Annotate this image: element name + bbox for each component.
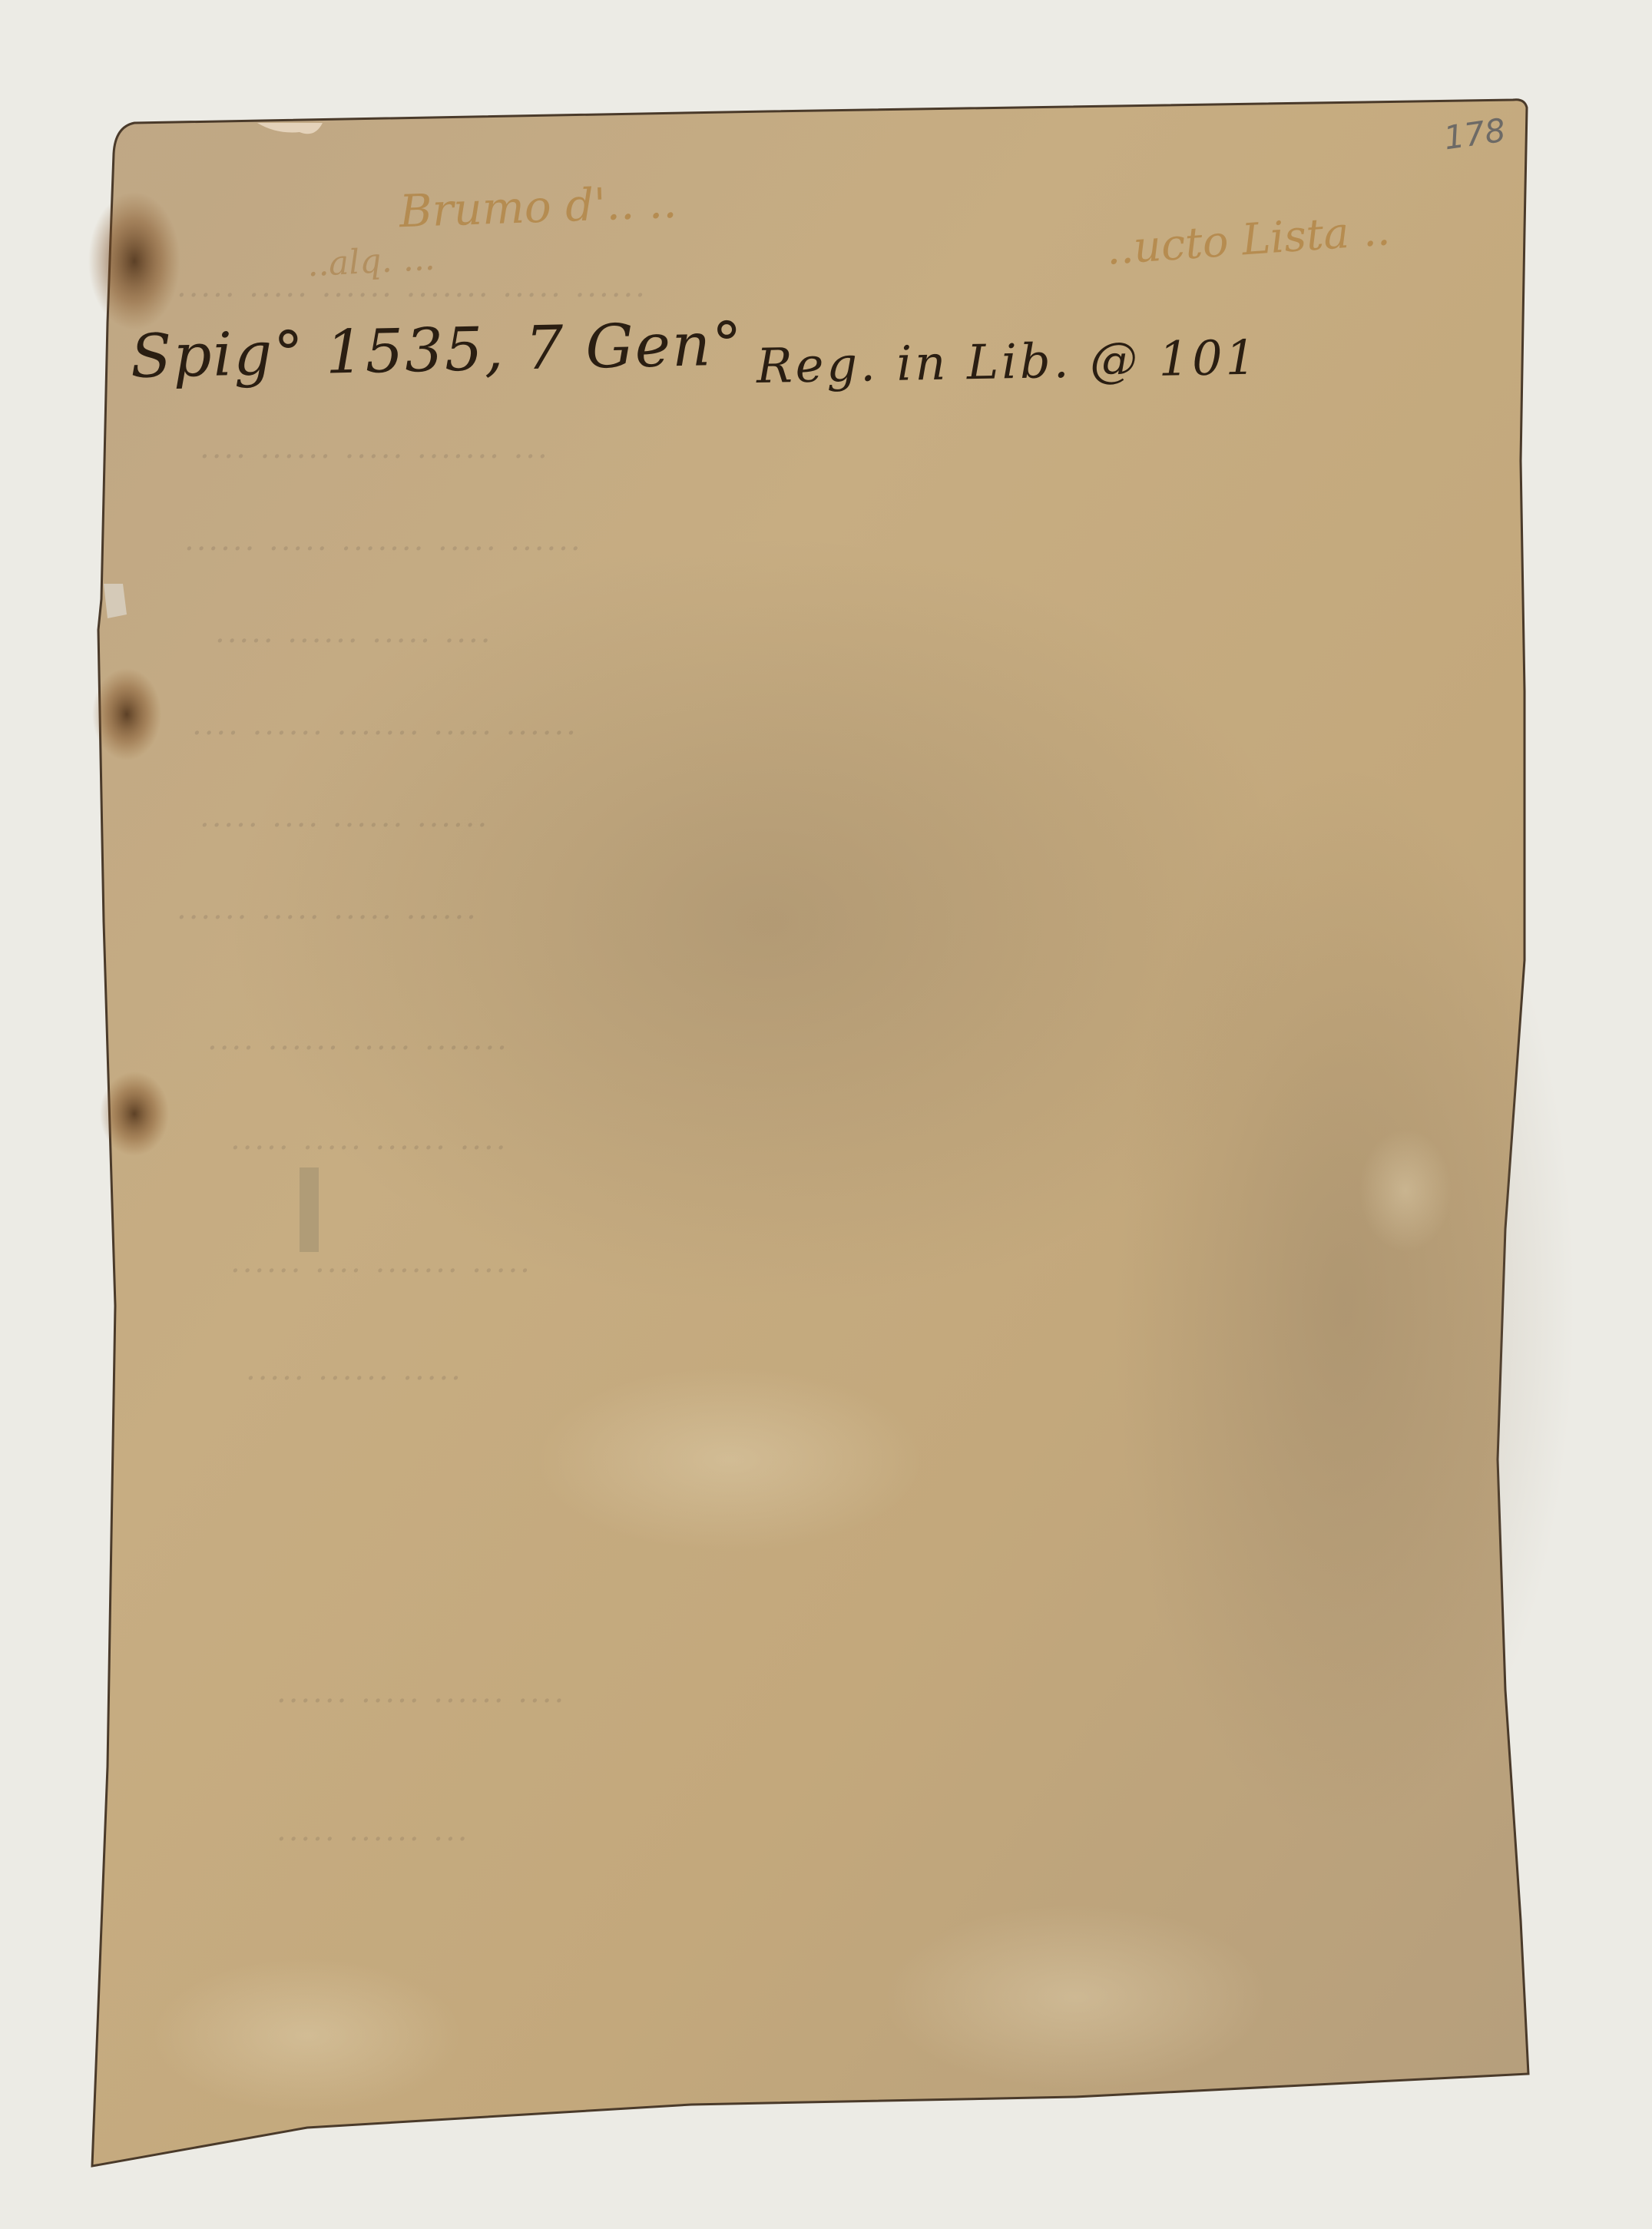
bleed-through-line: ...... ..... ...... .... — [276, 1674, 566, 1710]
faded-annotation: ..alq. ... — [306, 239, 436, 285]
bleed-through-line: ..... ...... ... — [276, 1813, 469, 1848]
bleed-through-line: ..... .... ...... ...... — [200, 799, 489, 834]
bleed-through-line: ...... ..... ....... ..... ...... — [184, 522, 583, 558]
registration-note: Reg. in Lib. @ 101 — [756, 330, 1259, 394]
bleed-through-line: .... ...... ..... ....... — [207, 1022, 509, 1057]
bleed-through-line: .... ...... ..... ....... ... — [200, 430, 550, 465]
faded-annotation: Brumo d'.. .. — [399, 176, 677, 238]
bleed-through-line: ...... .... ....... ..... — [230, 1244, 532, 1280]
bleed-through-line: ...... ..... ..... ...... — [177, 891, 478, 926]
endorsement-date: Spig° 1535, 7 Gen° — [130, 310, 744, 392]
bleed-through-line: .... ...... ....... ..... ...... — [192, 707, 578, 742]
manuscript-scan: ..... ..... ...... ....... ..... ...... … — [0, 0, 1652, 2229]
bleed-through-line: ..... ..... ...... .... — [230, 1121, 508, 1157]
bleed-through-line: ..... ...... ..... — [246, 1352, 463, 1387]
bleed-through-line: ..... ...... ..... .... — [215, 614, 492, 650]
